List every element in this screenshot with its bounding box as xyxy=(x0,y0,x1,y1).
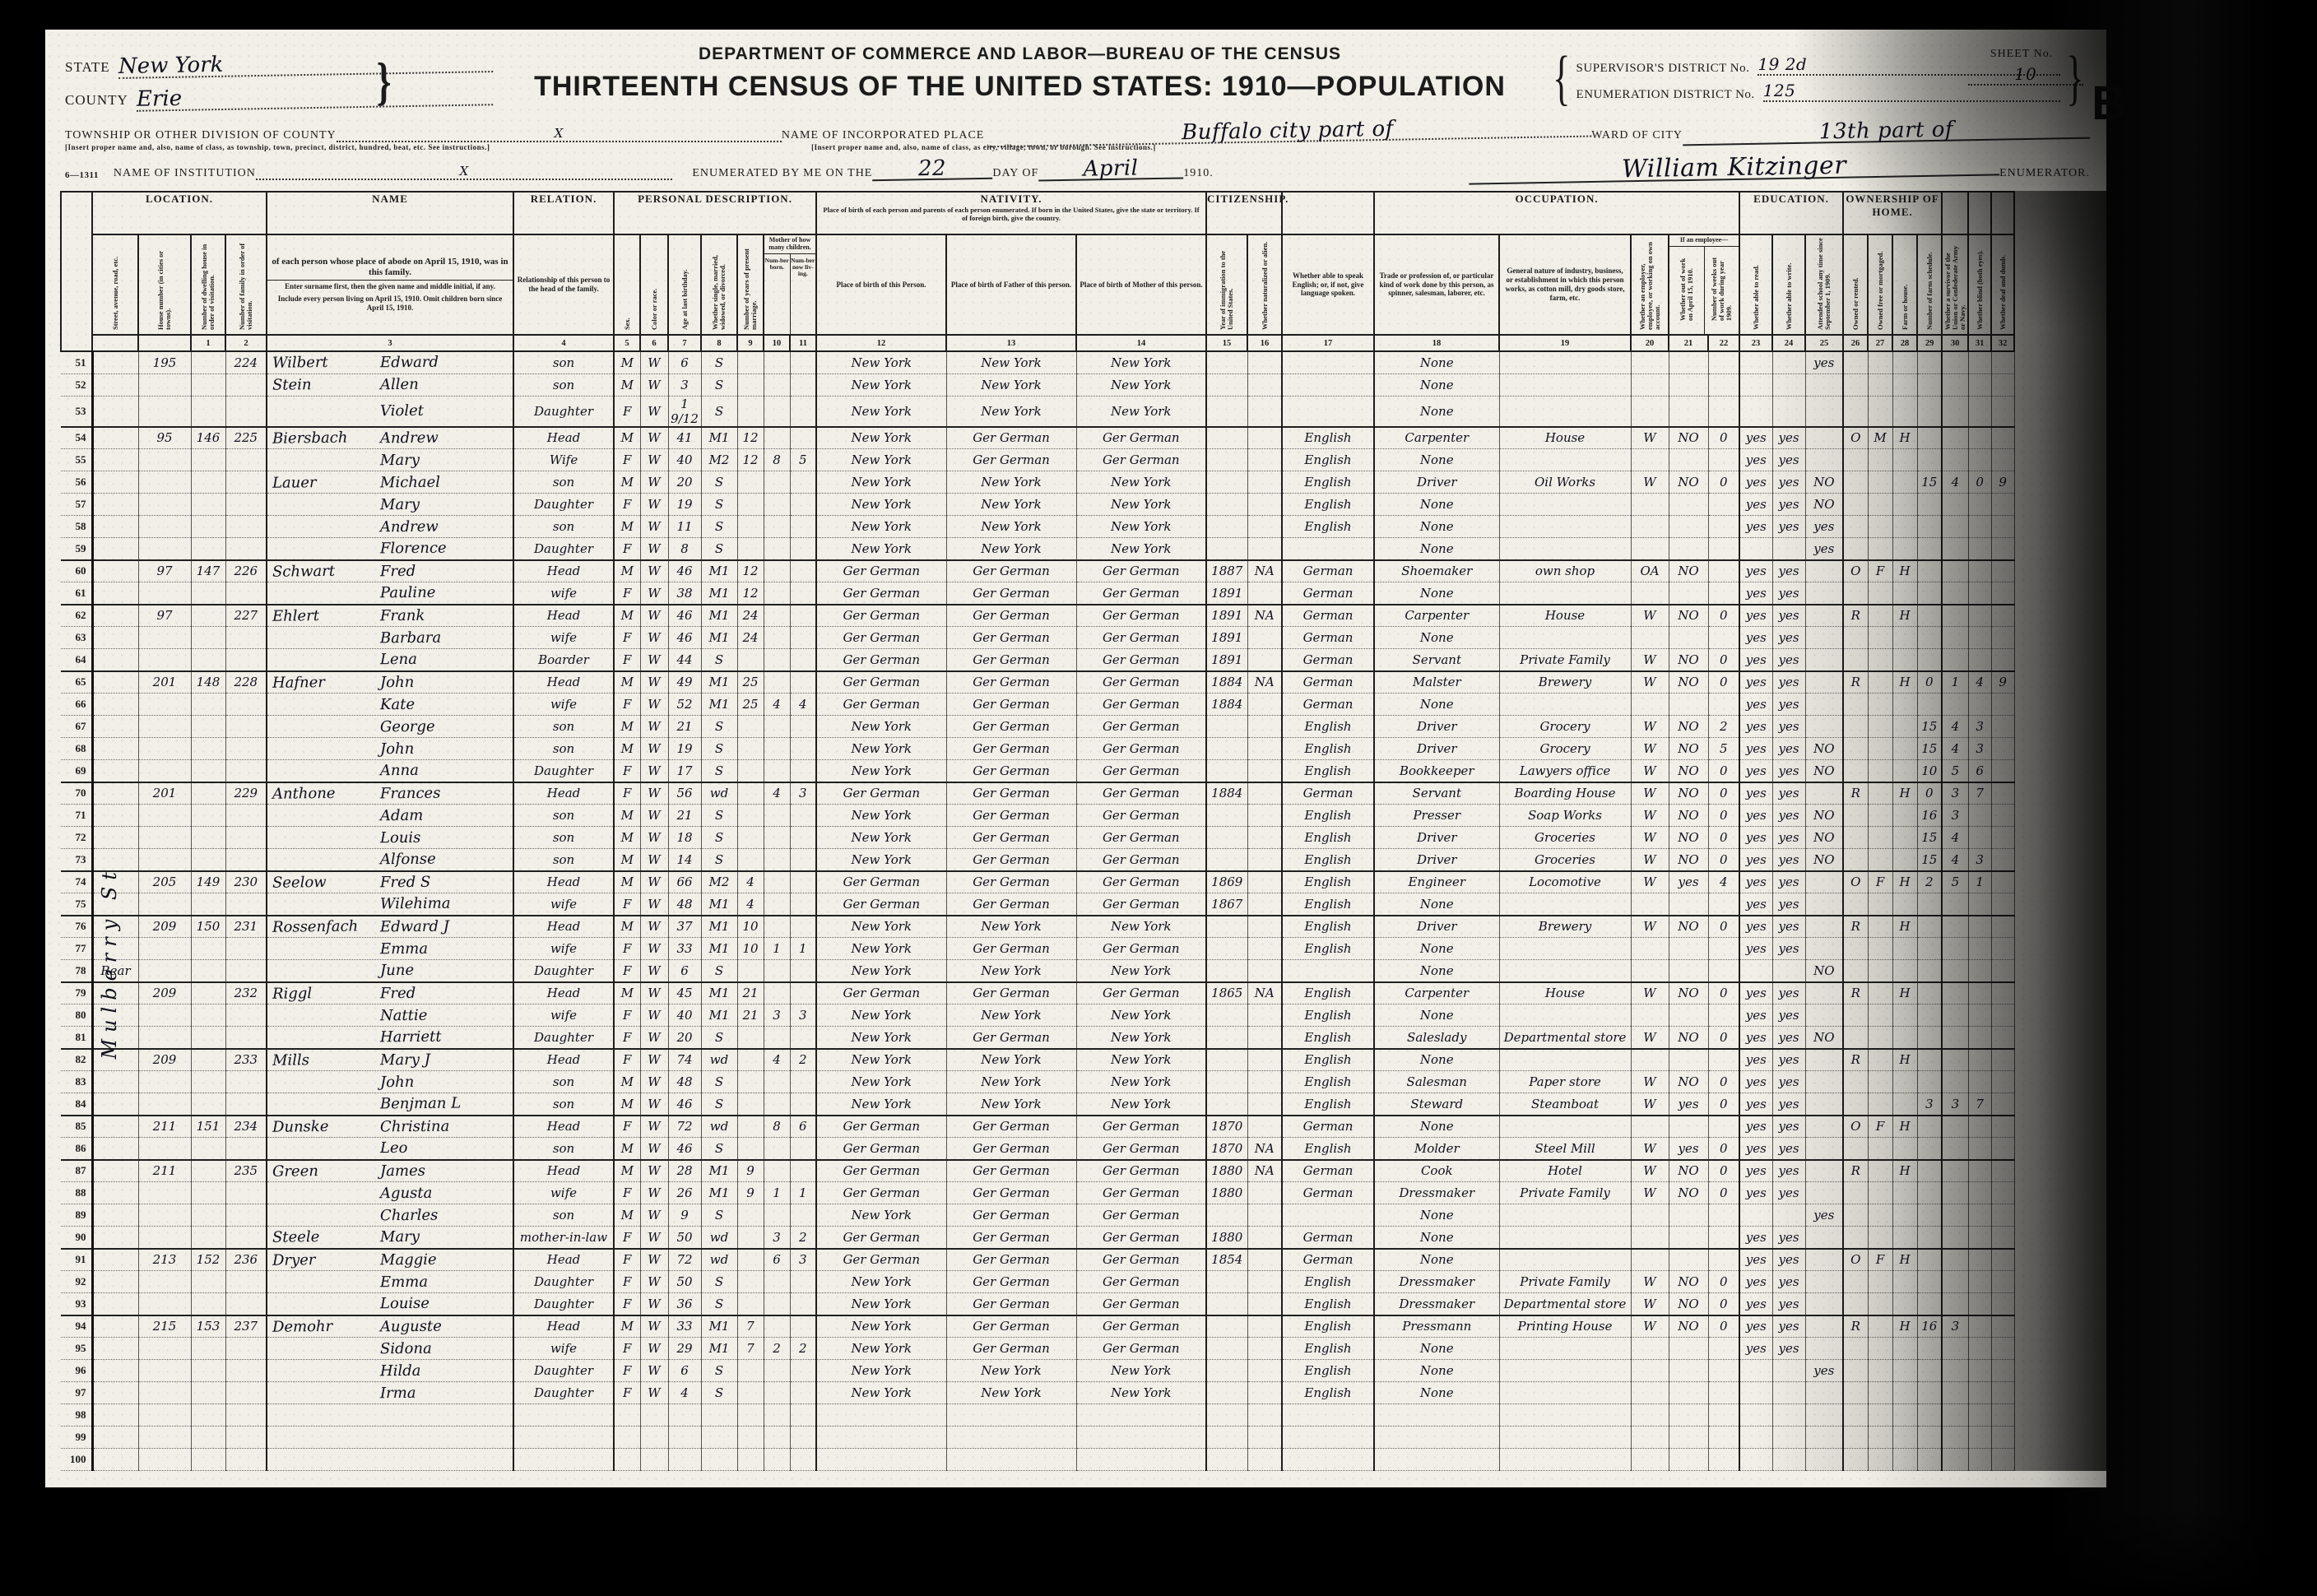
cell-own: R xyxy=(1843,982,1868,1004)
cell-ind: Brewery xyxy=(1499,671,1631,694)
cell-cl xyxy=(790,582,816,605)
cell-mort: F xyxy=(1868,871,1892,893)
cell-rd: yes xyxy=(1739,738,1772,760)
cell-vet xyxy=(1942,1027,1968,1049)
cell-mar: M1 xyxy=(701,627,737,649)
cell-pob: Ger German xyxy=(816,1249,946,1271)
cell-cb: 8 xyxy=(764,1116,790,1138)
cell-wk: 0 xyxy=(1708,1093,1739,1116)
given-name: Frances xyxy=(380,784,441,802)
cell-emp xyxy=(1631,351,1669,373)
cell-pm: New York xyxy=(1076,1049,1206,1071)
cell-rd: yes xyxy=(1739,716,1772,738)
cell-wr: yes xyxy=(1772,1116,1805,1138)
cell-wr: yes xyxy=(1772,1293,1805,1315)
cell-imm: 1891 xyxy=(1206,649,1247,671)
cell-sch xyxy=(1805,1404,1843,1427)
cell-rd: yes xyxy=(1739,1093,1772,1116)
cell-own xyxy=(1843,1004,1868,1027)
cell-rd: yes xyxy=(1739,649,1772,671)
cell-fam xyxy=(225,1449,267,1471)
cell-sched xyxy=(1917,1071,1942,1093)
cell-deaf xyxy=(1991,1427,2014,1449)
cell-cl: 1 xyxy=(790,1182,816,1204)
cell-wr: yes xyxy=(1772,871,1805,893)
cell-yrs xyxy=(737,849,764,871)
cell-trade: Shoemaker xyxy=(1374,560,1499,582)
cell-color: W xyxy=(640,1116,668,1138)
cell-emp: W xyxy=(1631,427,1669,449)
cell-fam: 235 xyxy=(225,1160,267,1182)
cell-mort xyxy=(1868,1138,1892,1160)
cell-farm xyxy=(1892,471,1917,494)
cell-dw xyxy=(191,627,225,649)
sheet-letter: B xyxy=(2092,76,2126,131)
cell-pf: Ger German xyxy=(946,716,1076,738)
cell-dw xyxy=(191,1338,225,1360)
cell-lang xyxy=(1282,538,1374,560)
cell-ow xyxy=(1669,1204,1708,1227)
cell-fam xyxy=(225,1271,267,1293)
line-number: 89 xyxy=(61,1204,92,1227)
cell-mar: S xyxy=(701,1093,737,1116)
cell-sched xyxy=(1917,1360,1942,1382)
cell-emp: W xyxy=(1631,671,1669,694)
cell-street xyxy=(92,516,138,538)
cell-sex: M xyxy=(614,351,640,373)
cell-blind xyxy=(1968,982,1991,1004)
table-row: 86LeosonMW46SGer GermanGer GermanGer Ger… xyxy=(61,1138,2014,1160)
cell-own xyxy=(1843,1427,1868,1449)
cell-nat xyxy=(1247,1227,1282,1249)
cell-fam xyxy=(225,494,267,516)
surname xyxy=(267,1219,380,1221)
cell-own: O xyxy=(1843,1116,1868,1138)
group-language-spacer xyxy=(1282,192,1374,234)
cell-yrs xyxy=(737,1293,764,1315)
cell-nat xyxy=(1247,827,1282,849)
cell-deaf xyxy=(1991,1338,2014,1360)
cell-deaf xyxy=(1991,760,2014,782)
cell-nat xyxy=(1247,1449,1282,1471)
cell-farm: H xyxy=(1892,1049,1917,1071)
cell-deaf xyxy=(1991,1049,2014,1071)
cell-mort: F xyxy=(1868,560,1892,582)
cell-age: 21 xyxy=(668,716,701,738)
cell-pob: Ger German xyxy=(816,671,946,694)
cell-vet xyxy=(1942,1271,1968,1293)
cell-street xyxy=(92,1093,138,1116)
cell-pf: Ger German xyxy=(946,582,1076,605)
cell-age: 37 xyxy=(668,916,701,938)
cell-dw xyxy=(191,1071,225,1093)
cell-yrs xyxy=(737,373,764,396)
cell-emp xyxy=(1631,938,1669,960)
cell-pob: Ger German xyxy=(816,1160,946,1182)
cell-wr: yes xyxy=(1772,1315,1805,1338)
surname xyxy=(267,642,380,643)
cell-nat xyxy=(1247,871,1282,893)
cell-farm xyxy=(1892,893,1917,916)
cell-mort xyxy=(1868,538,1892,560)
cell-sched xyxy=(1917,1004,1942,1027)
cell-color: W xyxy=(640,1293,668,1315)
cell-mar: M1 xyxy=(701,893,737,916)
cell-cl xyxy=(790,671,816,694)
cell-color: W xyxy=(640,1315,668,1338)
cell-sched xyxy=(1917,893,1942,916)
line-number: 96 xyxy=(61,1360,92,1382)
cell-age: 49 xyxy=(668,671,701,694)
cell-fam: 232 xyxy=(225,982,267,1004)
cell-deaf xyxy=(1991,938,2014,960)
cell-imm xyxy=(1206,1315,1247,1338)
col-farm-house: Farm or house. xyxy=(1892,234,1917,335)
cell-cl: 4 xyxy=(790,694,816,716)
cell-fam: 229 xyxy=(225,782,267,805)
cell-pob: New York xyxy=(816,471,946,494)
cell-cl: 5 xyxy=(790,449,816,471)
cell-sex: F xyxy=(614,449,640,471)
col-pob-mother: Place of birth of Mother of this person. xyxy=(1076,234,1206,335)
surname: Rossenfach xyxy=(267,917,380,936)
cell-emp: W xyxy=(1631,805,1669,827)
cell-yrs xyxy=(737,1271,764,1293)
cell-house xyxy=(138,1271,191,1293)
cell-age: 4 xyxy=(668,1382,701,1404)
cell-age: 11 xyxy=(668,516,701,538)
cell-own xyxy=(1843,1404,1868,1427)
cell-color: W xyxy=(640,373,668,396)
table-row: 76209150231RossenfachEdward JHeadMW37M11… xyxy=(61,916,2014,938)
cell-imm xyxy=(1206,1338,1247,1360)
cell-vet xyxy=(1942,893,1968,916)
cell-wr: yes xyxy=(1772,716,1805,738)
cell-nat xyxy=(1247,938,1282,960)
cell-nat xyxy=(1247,893,1282,916)
cell-street xyxy=(92,1027,138,1049)
cell-own: O xyxy=(1843,560,1868,582)
cell-nat xyxy=(1247,1249,1282,1271)
cell-house xyxy=(138,849,191,871)
line-number: 98 xyxy=(61,1404,92,1427)
cell-pf: Ger German xyxy=(946,1182,1076,1204)
cell-mar: S xyxy=(701,1204,737,1227)
cell-nat: NA xyxy=(1247,605,1282,627)
cell-vet xyxy=(1942,982,1968,1004)
cell-cl xyxy=(790,893,816,916)
col-immigration: Year of immigration to the United States… xyxy=(1206,234,1247,335)
cell-ind xyxy=(1499,1404,1631,1427)
col-trade: Trade or profession of, or particular ki… xyxy=(1374,234,1499,335)
cell-ow: NO xyxy=(1669,849,1708,871)
cell-deaf xyxy=(1991,1360,2014,1382)
cell-vet xyxy=(1942,1249,1968,1271)
given-name: Hilda xyxy=(380,1362,421,1379)
cell-farm xyxy=(1892,1382,1917,1404)
given-name: Barbara xyxy=(380,629,441,647)
cell-yrs: 10 xyxy=(737,938,764,960)
cell-cb xyxy=(764,605,790,627)
cell-name: Emma xyxy=(267,1271,513,1293)
col-industry: General nature of industry, business, or… xyxy=(1499,234,1631,335)
given-name: Mary xyxy=(380,1228,420,1246)
line-number: 77 xyxy=(61,938,92,960)
cell-dw xyxy=(191,760,225,782)
cell-dw: 149 xyxy=(191,871,225,893)
cell-imm: 1869 xyxy=(1206,871,1247,893)
cell-house xyxy=(138,538,191,560)
table-row: 6297227EhlertFrankHeadMW46M124Ger German… xyxy=(61,605,2014,627)
cell-pf: Ger German xyxy=(946,849,1076,871)
cell-emp: W xyxy=(1631,827,1669,849)
cell-wk xyxy=(1708,1338,1739,1360)
cell-own xyxy=(1843,1360,1868,1382)
cell-nat xyxy=(1247,960,1282,982)
cell-pf: Ger German xyxy=(946,1315,1076,1338)
cell-lang: German xyxy=(1282,1116,1374,1138)
cell-own xyxy=(1843,1293,1868,1315)
cell-own: R xyxy=(1843,782,1868,805)
cell-deaf xyxy=(1991,449,2014,471)
cell-wk xyxy=(1708,351,1739,373)
cell-pm: Ger German xyxy=(1076,982,1206,1004)
cell-house: 97 xyxy=(138,560,191,582)
cell-wk: 0 xyxy=(1708,982,1739,1004)
cell-name: Mary xyxy=(267,449,513,471)
cell-yrs xyxy=(737,351,764,373)
cell-nat xyxy=(1247,782,1282,805)
cell-trade: None xyxy=(1374,1338,1499,1360)
table-row: 95SidonawifeFW29M1722New YorkGer GermanG… xyxy=(61,1338,2014,1360)
cell-dw xyxy=(191,1404,225,1427)
line-number: 74 xyxy=(61,871,92,893)
cell-cb xyxy=(764,351,790,373)
cell-pf: Ger German xyxy=(946,1249,1076,1271)
cell-ow: NO xyxy=(1669,427,1708,449)
cell-lang: English xyxy=(1282,938,1374,960)
cell-ind xyxy=(1499,694,1631,716)
cell-farm: H xyxy=(1892,782,1917,805)
cell-wr xyxy=(1772,960,1805,982)
cell-color: W xyxy=(640,649,668,671)
cell-ind xyxy=(1499,1049,1631,1071)
cell-deaf xyxy=(1991,1116,2014,1138)
cell-wr xyxy=(1772,1382,1805,1404)
cell-cb: 6 xyxy=(764,1249,790,1271)
cell-nat xyxy=(1247,1027,1282,1049)
cell-blind: 4 xyxy=(1968,671,1991,694)
cell-dw xyxy=(191,938,225,960)
cell-color: W xyxy=(640,538,668,560)
cell-rel: son xyxy=(513,1138,614,1160)
cell-lang: German xyxy=(1282,1249,1374,1271)
cell-ind: Paper store xyxy=(1499,1071,1631,1093)
cell-lang: English xyxy=(1282,516,1374,538)
cell-ind xyxy=(1499,960,1631,982)
cell-sch xyxy=(1805,1271,1843,1293)
cell-cb xyxy=(764,1382,790,1404)
cell-mort xyxy=(1868,960,1892,982)
cell-sched: 15 xyxy=(1917,738,1942,760)
given-name: Mary xyxy=(380,495,420,513)
cell-sched xyxy=(1917,516,1942,538)
cell-sch: NO xyxy=(1805,494,1843,516)
cell-wr xyxy=(1772,1204,1805,1227)
cell-color: W xyxy=(640,738,668,760)
cell-pm: Ger German xyxy=(1076,671,1206,694)
cell-trade: None xyxy=(1374,582,1499,605)
given-name: Charles xyxy=(380,1206,439,1224)
cell-pf: Ger German xyxy=(946,1271,1076,1293)
line-number: 68 xyxy=(61,738,92,760)
cell-fam xyxy=(225,471,267,494)
cell-cl xyxy=(790,396,816,427)
cell-sex: M xyxy=(614,1204,640,1227)
cell-mar: S xyxy=(701,471,737,494)
cell-trade: None xyxy=(1374,494,1499,516)
given-name: Lena xyxy=(380,651,417,668)
cell-farm: H xyxy=(1892,1249,1917,1271)
cell-emp: OA xyxy=(1631,560,1669,582)
group-personal: PERSONAL DESCRIPTION. xyxy=(614,192,816,234)
cell-age xyxy=(668,1449,701,1471)
table-row: 66KatewifeFW52M12544Ger GermanGer German… xyxy=(61,694,2014,716)
cell-ind: Brewery xyxy=(1499,916,1631,938)
cell-rel: Daughter xyxy=(513,1293,614,1315)
cell-pm: Ger German xyxy=(1076,1138,1206,1160)
cell-vet: 3 xyxy=(1942,1315,1968,1338)
cell-pob: New York xyxy=(816,716,946,738)
cell-color: W xyxy=(640,1004,668,1027)
group-citizenship: CITIZENSHIP. xyxy=(1206,192,1282,234)
cell-wk: 0 xyxy=(1708,1027,1739,1049)
given-name: Emma xyxy=(380,940,428,958)
cell-rel: son xyxy=(513,738,614,760)
cell-sched xyxy=(1917,982,1942,1004)
cell-pob: New York xyxy=(816,960,946,982)
cell-sch xyxy=(1805,449,1843,471)
group-blind-spacer xyxy=(1968,192,1991,234)
cell-rd xyxy=(1739,1427,1772,1449)
cell-ind: Boarding House xyxy=(1499,782,1631,805)
cell-pob: New York xyxy=(816,1071,946,1093)
cell-wk: 0 xyxy=(1708,1315,1739,1338)
cell-farm xyxy=(1892,827,1917,849)
cell-street xyxy=(92,1382,138,1404)
cell-pm: Ger German xyxy=(1076,560,1206,582)
cell-imm: 1854 xyxy=(1206,1249,1247,1271)
cell-rd: yes xyxy=(1739,560,1772,582)
cell-trade: None xyxy=(1374,538,1499,560)
cell-nat xyxy=(1247,1293,1282,1315)
cell-pm: New York xyxy=(1076,1093,1206,1116)
cell-deaf xyxy=(1991,1227,2014,1249)
cell-mar: M1 xyxy=(701,1315,737,1338)
given-name: Andrew xyxy=(380,517,439,536)
cell-deaf xyxy=(1991,716,2014,738)
cell-cb: 2 xyxy=(764,1338,790,1360)
surname xyxy=(267,552,380,554)
cell-lang: English xyxy=(1282,1271,1374,1293)
cell-pm: New York xyxy=(1076,373,1206,396)
cell-ind: Grocery xyxy=(1499,738,1631,760)
cell-vet xyxy=(1942,1138,1968,1160)
cell-lang: English xyxy=(1282,738,1374,760)
line-number: 76 xyxy=(61,916,92,938)
cell-fam: 225 xyxy=(225,427,267,449)
cell-imm: 1880 xyxy=(1206,1227,1247,1249)
cell-fam: 224 xyxy=(225,351,267,373)
cell-mar: wd xyxy=(701,1049,737,1071)
cell-age: 6 xyxy=(668,1360,701,1382)
col-dwelling: Number of dwelling house in order of vis… xyxy=(191,234,225,335)
cell-sex: F xyxy=(614,1049,640,1071)
cell-pm: Ger German xyxy=(1076,849,1206,871)
cell-imm: 1865 xyxy=(1206,982,1247,1004)
cell-name: John xyxy=(267,738,513,760)
cell-street xyxy=(92,1004,138,1027)
group-ownership: OWNERSHIP OF HOME. xyxy=(1843,192,1942,234)
cell-sch: NO xyxy=(1805,805,1843,827)
cell-own xyxy=(1843,1071,1868,1093)
cell-ind xyxy=(1499,1204,1631,1227)
cell-wk xyxy=(1708,1049,1739,1071)
cell-own xyxy=(1843,1338,1868,1360)
cell-color: W xyxy=(640,1227,668,1249)
group-deaf-spacer xyxy=(1991,192,2014,234)
table-row: 5495146225BiersbachAndrewHeadMW41M112New… xyxy=(61,427,2014,449)
cell-deaf xyxy=(1991,1293,2014,1315)
cell-pob: New York xyxy=(816,494,946,516)
cell-name: EhlertFrank xyxy=(267,605,513,627)
cell-age: 1 9/12 xyxy=(668,396,701,427)
cell-cb: 4 xyxy=(764,1049,790,1071)
cell-mort xyxy=(1868,1271,1892,1293)
given-name: John xyxy=(380,674,414,691)
cell-dw xyxy=(191,605,225,627)
cell-wk: 0 xyxy=(1708,471,1739,494)
cell-imm: 1891 xyxy=(1206,605,1247,627)
institution-label: NAME OF INSTITUTION xyxy=(114,167,256,180)
cell-house xyxy=(138,938,191,960)
census-scan-page: { "header": { "state_label": "STATE", "s… xyxy=(0,0,2317,1596)
cell-cb xyxy=(764,982,790,1004)
cell-wk xyxy=(1708,1004,1739,1027)
cell-pm: New York xyxy=(1076,1360,1206,1382)
cell-fam xyxy=(225,849,267,871)
cell-house xyxy=(138,1071,191,1093)
cell-pob: New York xyxy=(816,427,946,449)
cell-rd: yes xyxy=(1739,1182,1772,1204)
cell-pf: Ger German xyxy=(946,871,1076,893)
cell-nat xyxy=(1247,471,1282,494)
cell-sched xyxy=(1917,1049,1942,1071)
cell-vet xyxy=(1942,627,1968,649)
line-number: 95 xyxy=(61,1338,92,1360)
cell-wk xyxy=(1708,1404,1739,1427)
cell-ow: yes xyxy=(1669,1093,1708,1116)
cell-sex: M xyxy=(614,982,640,1004)
cell-sex: M xyxy=(614,427,640,449)
surname xyxy=(267,508,380,510)
cell-wk xyxy=(1708,1382,1739,1404)
cell-blind: 0 xyxy=(1968,471,1991,494)
cell-blind xyxy=(1968,1138,1991,1160)
col-sex: Sex. xyxy=(614,234,640,335)
col-deaf: Whether deaf and dumb. xyxy=(1991,234,2014,335)
cell-pm: Ger German xyxy=(1076,1293,1206,1315)
